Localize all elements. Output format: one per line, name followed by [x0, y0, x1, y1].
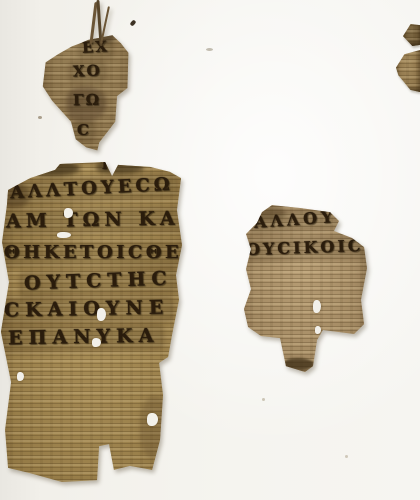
papyrus-fragment-sliver	[396, 50, 420, 92]
papyrus-surface: Τ ΑΛΛΤΟΥΕCΩ ΑΜ ΤΩΝ ΚΑ ΘΗΚΕΤΟΙCΘΕ ΟΥΤCΤΗC…	[0, 158, 188, 488]
greek-text-line: ΑΜ ΤΩΝ ΚΑ	[4, 209, 182, 232]
dust-speck	[206, 48, 213, 51]
papyrus-fragment-right: ΑΛΛΟΥ ΟΥCΙΚΟΙC	[240, 200, 368, 375]
greek-text-line: C	[75, 123, 93, 139]
papyrus-surface: ΑΛΛΟΥ ΟΥCΙΚΟΙC	[240, 200, 368, 375]
greek-text-line: ΘΗΚΕΤΟΙCΘΕ	[2, 244, 184, 263]
papyrus-fragment-large: Τ ΑΛΛΤΟΥΕCΩ ΑΜ ΤΩΝ ΚΑ ΘΗΚΕΤΟΙCΘΕ ΟΥΤCΤΗC…	[0, 158, 188, 488]
papyrus-surface	[396, 50, 420, 92]
greek-text-line: CΚΑΙΟΥΝΕ	[2, 299, 172, 322]
greek-text-line: ΕΧ	[80, 39, 112, 56]
greek-text-line: ΧΟ	[71, 63, 104, 80]
greek-text-line: ΟΥCΙΚΟΙC	[244, 238, 366, 259]
papyrus-scan: ΕΧ ΧΟ ΓΩ C Τ ΑΛΛΤΟΥΕCΩ ΑΜ ΤΩΝ ΚΑ ΘΗΚΕΤΟΙ…	[0, 0, 420, 500]
dust-speck	[345, 455, 348, 458]
dark-stain	[140, 396, 172, 458]
papyrus-fragment-sliver	[403, 24, 420, 46]
papyrus-hole	[57, 232, 71, 238]
dust-speck	[262, 398, 265, 401]
dark-stain	[284, 358, 314, 370]
greek-text-line: ΑΛΛΟΥ	[252, 209, 340, 232]
papyrus-hole	[313, 300, 321, 313]
greek-text-line: ΕΠΑΝΥΚΑ	[6, 327, 162, 350]
greek-letter-trace: Τ	[98, 159, 112, 173]
greek-text-line: ΑΛΛΤΟΥΕCΩ	[8, 176, 177, 204]
papyrus-hole	[315, 326, 321, 334]
papyrus-surface	[403, 24, 420, 46]
papyrus-hole	[17, 372, 24, 381]
dark-stain	[28, 160, 80, 176]
greek-text-line: ΟΥΤCΤΗC	[22, 269, 175, 294]
papyrus-surface: ΕΧ ΧΟ ΓΩ C	[40, 0, 134, 160]
papyrus-fragment-top: ΕΧ ΧΟ ΓΩ C	[40, 0, 134, 160]
greek-text-line: ΓΩ	[71, 93, 103, 109]
